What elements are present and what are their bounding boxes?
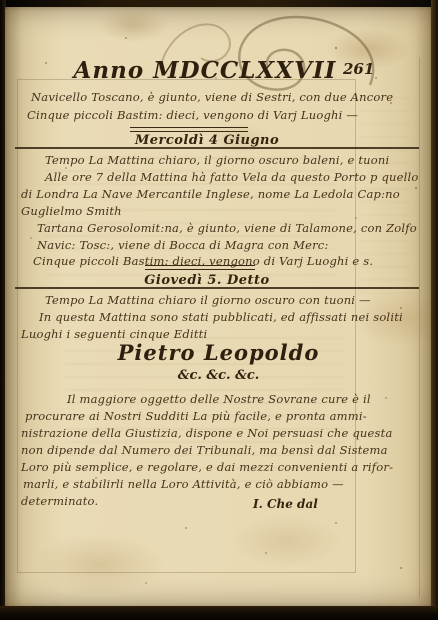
manuscript-line: Loro più semplice, e regolare, e dai mez… xyxy=(21,460,393,474)
section-heading-giovedi: Giovedì 5. Detto xyxy=(5,273,409,288)
manuscript-line: Il maggiore oggetto delle Nostre Sovrane… xyxy=(67,392,371,406)
manuscript-page: Anno MDCCLXXVII 261 Navicello Toscano, è… xyxy=(5,7,432,607)
book-page-edges xyxy=(431,0,438,620)
double-rule-separator xyxy=(130,127,248,132)
manuscript-line: nistrazione della Giustizia, dispone e N… xyxy=(21,426,393,440)
parchment-speckles xyxy=(5,7,7,9)
page-number: 261 xyxy=(343,60,374,78)
manuscript-photo: Anno MDCCLXXVII 261 Navicello Toscano, è… xyxy=(0,0,438,620)
margin-rule-line xyxy=(419,57,420,597)
catchword: I. Che dal xyxy=(253,497,318,511)
proclamation-etcetera: &c. &c. &c. xyxy=(5,368,432,383)
proclamation-name: Pietro Leopoldo xyxy=(5,340,432,365)
photo-edge-bottom xyxy=(0,606,438,620)
manuscript-line: procurare ai Nostri Sudditi La più facil… xyxy=(25,409,367,423)
manuscript-line: non dipende dal Numero dei Tribunali, ma… xyxy=(21,443,388,457)
manuscript-line: Alle ore 7 della Mattina hà fatto Vela d… xyxy=(45,170,419,184)
manuscript-line: In questa Mattina sono stati pubblicati,… xyxy=(39,310,403,324)
section-rule-line xyxy=(15,287,419,289)
manuscript-line: Guglielmo Smith xyxy=(21,204,122,218)
manuscript-line: marli, e stabilirli nella Loro Attività,… xyxy=(23,477,344,491)
manuscript-line: Navic: Tosc:, viene di Bocca di Magra co… xyxy=(37,238,329,252)
manuscript-line: Tartana Gerosolomit:na, è giunto, viene … xyxy=(37,221,417,235)
section-rule-line xyxy=(15,147,419,149)
manuscript-line: determinato. xyxy=(21,494,98,508)
manuscript-line: Cinque piccoli Bastim: dieci, vengono di… xyxy=(27,108,358,122)
manuscript-line: di Londra La Nave Mercantile Inglese, no… xyxy=(21,187,400,201)
manuscript-line: Navicello Toscano, è giunto, viene di Se… xyxy=(31,90,393,104)
manuscript-line: Tempo La Mattina chiaro, il giorno oscur… xyxy=(45,153,389,167)
year-heading: Anno MDCCLXXVII xyxy=(65,57,345,84)
double-rule-separator xyxy=(145,265,255,270)
manuscript-line: Tempo La Mattina chiaro il giorno oscuro… xyxy=(45,293,371,307)
section-heading-mercoldi: Mercoldì 4 Giugno xyxy=(5,133,409,148)
manuscript-line: Luoghi i seguenti cinque Editti xyxy=(21,327,207,341)
